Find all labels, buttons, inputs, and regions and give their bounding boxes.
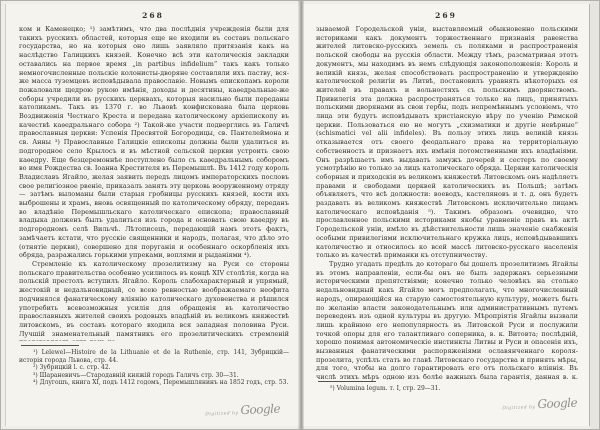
- footnotes-268: ¹) Lelewel—Histoire de la Lithuanie et d…: [19, 345, 289, 387]
- page-number-left: 268: [6, 4, 300, 20]
- paragraph: Трудно угадать предѣлъ до котораго бы до…: [316, 260, 578, 383]
- footnote: ⁵) Volumina legum. т. I, стр. 29—31.: [316, 385, 578, 393]
- watermark-prefix: Digitized by: [205, 411, 239, 417]
- page-269-body: зываемой Городельской уніи, выставляемый…: [316, 25, 578, 383]
- book-scan-frame: 268 ком и Каменецко; ¹) замѣтимъ, что дв…: [0, 0, 600, 430]
- footnote-separator: [318, 381, 376, 382]
- page-269: 269 зываемой Городельской уніи, выставля…: [303, 4, 590, 426]
- page-268-body: ком и Каменецко; ¹) замѣтимъ, что два по…: [19, 25, 289, 341]
- page-number-right: 269: [303, 4, 589, 20]
- google-watermark: Digitized byGoogle: [502, 392, 578, 414]
- google-watermark: Digitized byGoogle: [205, 398, 281, 420]
- watermark-google-text: Google: [537, 396, 577, 411]
- paragraph-continuation: зываемой Городельской уніи, выставляемый…: [316, 25, 578, 260]
- footnote: ⁴) Длугошъ, книга XI, подъ 1412 годомъ, …: [19, 379, 289, 387]
- paragraph-continuation: ком и Каменецко; ¹) замѣтимъ, что два по…: [19, 25, 289, 260]
- footnote-separator: [21, 345, 79, 346]
- footnote: ¹) Lelewel—Histoire de la Lithuanie et d…: [19, 349, 289, 364]
- watermark-prefix: Digitized by: [502, 405, 536, 411]
- paragraph: Стремленіе къ католическому прозелитизму…: [19, 260, 289, 341]
- watermark-google-text: Google: [240, 402, 280, 417]
- page-edge-margin: [590, 1, 599, 429]
- page-gutter-shadow: [298, 1, 304, 429]
- page-268: 268 ком и Каменецко; ¹) замѣтимъ, что дв…: [5, 4, 300, 426]
- footnotes-269: ⁵) Volumina legum. т. I, стр. 29—31.: [316, 381, 578, 393]
- footnote: ³) Шараневичъ—Стародавній княжій городъ …: [19, 372, 289, 380]
- footnote: ²) Зубрицкій l. c. стр. 42.: [19, 364, 289, 372]
